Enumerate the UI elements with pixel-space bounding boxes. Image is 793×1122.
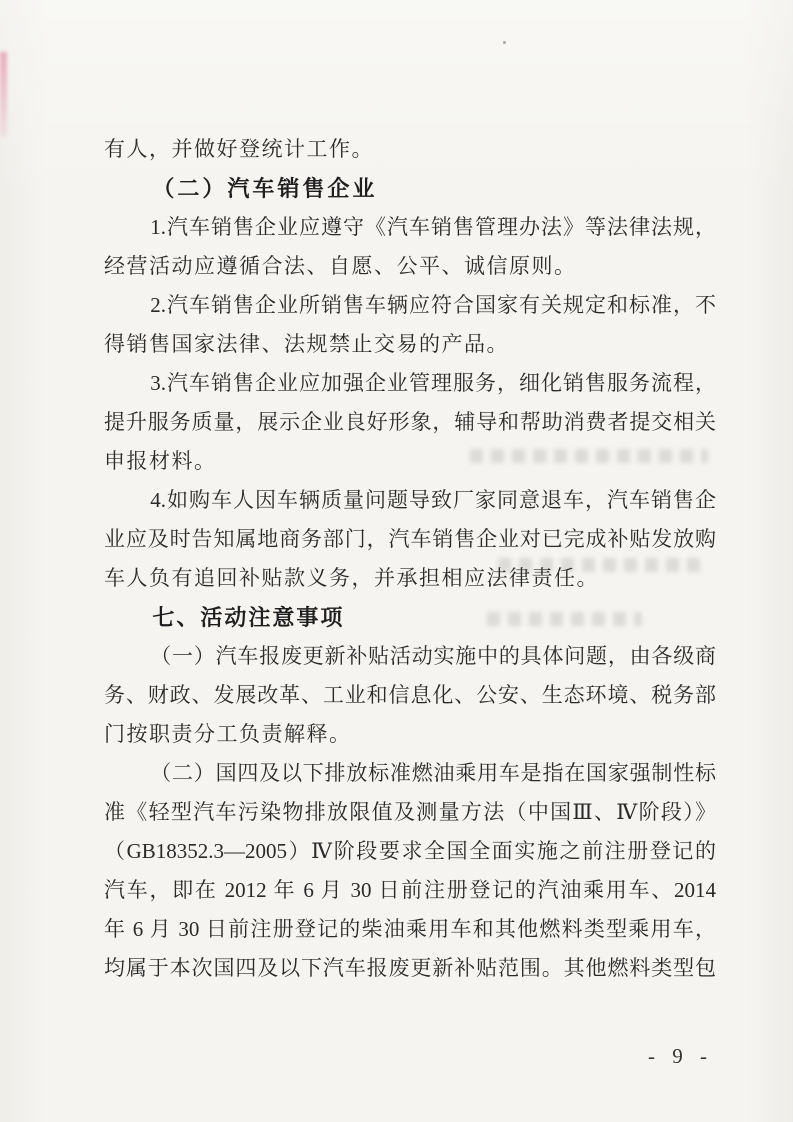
text-line: 准《轻型汽车污染物排放限值及测量方法（中国Ⅲ、Ⅳ阶段）》 — [104, 793, 716, 832]
text-line: 务、财政、发展改革、工业和信息化、公安、生态环境、税务部 — [104, 676, 716, 715]
text-line: 得销售国家法律、法规禁止交易的产品。 — [104, 325, 716, 364]
text-line: 经营活动应遵循合法、自愿、公平、诚信原则。 — [104, 247, 716, 286]
text-line: 2.汽车销售企业所销售车辆应符合国家有关规定和标准，不 — [104, 286, 716, 325]
scanned-page: 有人，并做好登统计工作。 （二）汽车销售企业 1.汽车销售企业应遵守《汽车销售管… — [0, 0, 793, 1122]
text-line: 4.如购车人因车辆质量问题导致厂家同意退车，汽车销售企 — [104, 481, 716, 520]
text-line: 业应及时告知属地商务部门，汽车销售企业对已完成补贴发放购 — [104, 520, 716, 559]
text-line: （一）汽车报废更新补贴活动实施中的具体问题，由各级商 — [104, 637, 716, 676]
text-line: 门按职责分工负责解释。 — [104, 715, 716, 754]
text-line: 提升服务质量，展示企业良好形象，辅导和帮助消费者提交相关 — [104, 403, 716, 442]
scan-speck-artifact — [503, 41, 506, 44]
text-line: （二）国四及以下排放标准燃油乘用车是指在国家强制性标 — [104, 754, 716, 793]
page-number: - 9 - — [648, 1044, 713, 1069]
scan-edge-artifact — [0, 52, 7, 137]
heading-section-2: （二）汽车销售企业 — [104, 169, 716, 208]
text-line: 1.汽车销售企业应遵守《汽车销售管理办法》等法律法规， — [104, 208, 716, 247]
bleed-through-artifact — [487, 612, 642, 626]
text-line: 有人，并做好登统计工作。 — [104, 130, 716, 169]
text-line: 3.汽车销售企业应加强企业管理服务，细化销售服务流程， — [104, 364, 716, 403]
text-line: 年 6 月 30 日前注册登记的柴油乘用车和其他燃料类型乘用车， — [104, 910, 716, 949]
bleed-through-artifact — [498, 558, 706, 572]
text-line: （GB18352.3—2005）Ⅳ阶段要求全国全面实施之前注册登记的 — [104, 832, 716, 871]
text-line: 均属于本次国四及以下汽车报废更新补贴范围。其他燃料类型包 — [104, 949, 716, 988]
text-line: 汽车，即在 2012 年 6 月 30 日前注册登记的汽油乘用车、2014 — [104, 871, 716, 910]
bleed-through-artifact — [470, 449, 708, 463]
